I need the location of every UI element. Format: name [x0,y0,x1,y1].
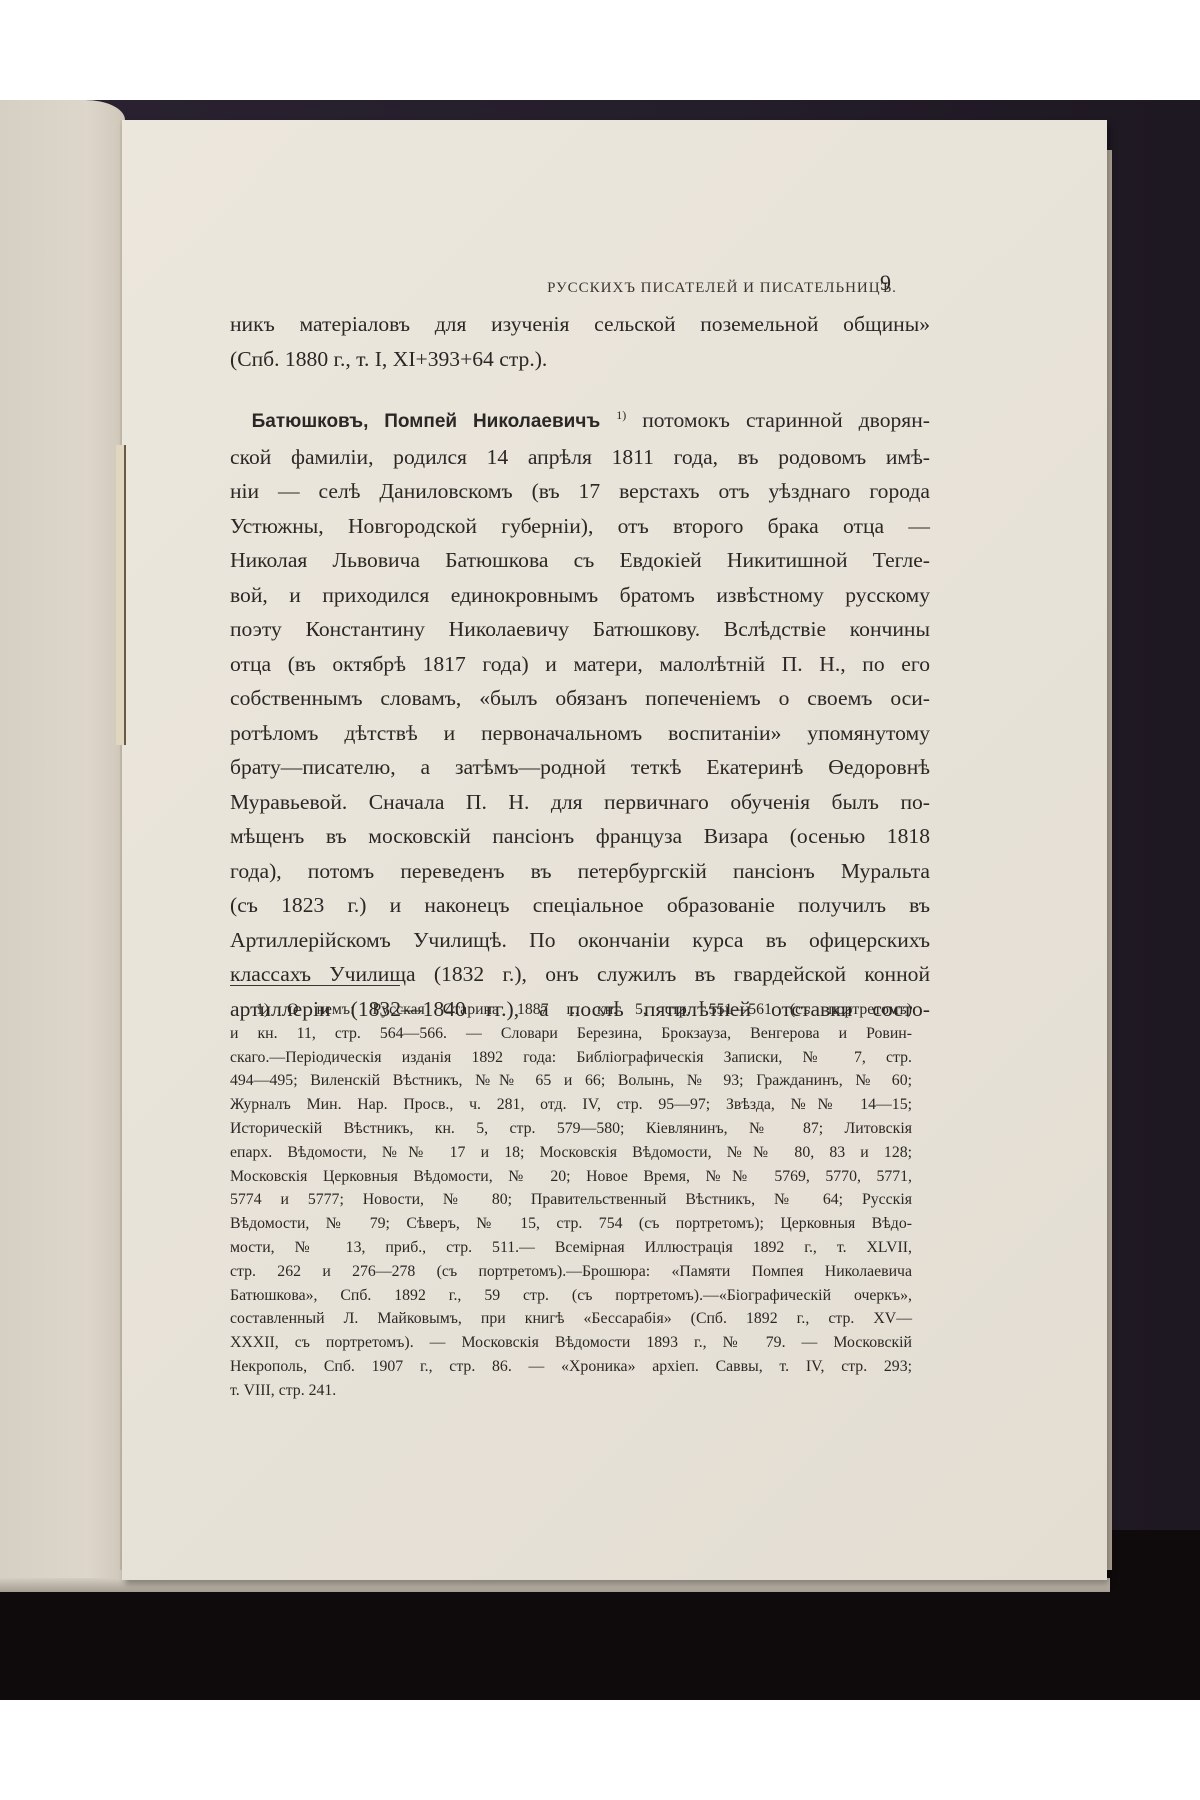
text-line: ніи — селѣ Даниловскомъ (въ 17 верстахъ … [230,474,930,509]
footnote-line: 494—495; Виленскій Вѣстникъ, №№ 65 и 66;… [230,1069,912,1093]
text-line: поэту Константину Николаевичу Батюшкову.… [230,612,930,647]
entry-heading: Батюшковъ, Помпей Николаевичъ [252,411,601,432]
text-line: (Спб. 1880 г., т. I, XI+393+64 стр.). [230,342,930,377]
text-line: (съ 1823 г.) и наконецъ спеціальное обра… [230,888,930,923]
footnote-line: и кн. 11, стр. 564—566. — Словари Берези… [230,1022,912,1046]
footnote-line: Вѣдомости, № 79; Сѣверъ, № 15, стр. 754 … [230,1212,912,1236]
footnote-line: Некрополь, Спб. 1907 г., стр. 86. — «Хро… [230,1355,912,1379]
text-line: года), потомъ переведенъ въ петербургскі… [230,854,930,889]
footnote-line: стр. 262 и 276—278 (съ портретомъ).—Брош… [230,1260,912,1284]
footnote-reference: 1) [616,408,626,422]
footnote-rule [230,985,400,986]
footnote-line: Журналъ Мин. Нар. Просв., ч. 281, отд. I… [230,1093,912,1117]
footnote-line: т. VIII, стр. 241. [230,1379,912,1403]
text-line: потомокъ старинной дворян- [642,408,930,432]
footnote-line: Московскія Церковныя Вѣдомости, № 20; Но… [230,1165,912,1189]
text-line: вой, и приходился единокровнымъ братомъ … [230,578,930,613]
running-head: РУССКИХЪ ПИСАТЕЛЕЙ И ПИСАТЕЛЬНИЦЪ. [392,280,1052,297]
footnote-line: XXXII, съ портретомъ). — Московскія Вѣдо… [230,1331,912,1355]
text-line: собственнымъ словамъ, «былъ обязанъ попе… [230,681,930,716]
text-line: Муравьевой. Сначала П. Н. для первичнаго… [230,785,930,820]
book-photo: РУССКИХЪ ПИСАТЕЛЕЙ И ПИСАТЕЛЬНИЦЪ. 9 ник… [0,100,1200,1700]
entry-first-line: Батюшковъ, Помпей Николаевичъ 1) потомок… [230,398,930,440]
footnote-line: Историческій Вѣстникъ, кн. 5, стр. 579—5… [230,1117,912,1141]
text-line: Устюжны, Новгородской губерніи), отъ вто… [230,509,930,544]
text-line: отца (въ октябрѣ 1817 года) и матери, ма… [230,647,930,682]
footnote-line: мости, № 13, приб., стр. 511.— Всемірная… [230,1236,912,1260]
text-line: никъ матеріаловъ для изученія сельской п… [230,307,930,342]
footnote-line: составленный Л. Майковымъ, при книгѣ «Бе… [230,1307,912,1331]
spine-tab [116,445,126,745]
text-line: Николая Львовича Батюшкова съ Евдокіей Н… [230,543,930,578]
text-line: классахъ Училища (1832 г.), онъ служилъ … [230,957,930,992]
text-line: ротѣломъ дѣтствѣ и первоначальномъ воспи… [230,716,930,751]
main-text: никъ матеріаловъ для изученія сельской п… [230,307,930,1026]
footnote-line: 5774 и 5777; Новости, № 80; Правительств… [230,1188,912,1212]
left-page [0,100,125,1580]
text-line: брату—писателю, а затѣмъ—родной теткѣ Ек… [230,750,930,785]
text-line: Артиллерійскомъ Училищѣ. По окончаніи ку… [230,923,930,958]
text-line: мѣщенъ въ московскій пансіонъ француза В… [230,819,930,854]
footnote-line: епарх. Вѣдомости, №№ 17 и 18; Московскія… [230,1141,912,1165]
footnote-line: скаго.—Періодическія изданія 1892 года: … [230,1046,912,1070]
footnote-line: Батюшкова», Спб. 1892 г., 59 стр. (съ по… [230,1284,912,1308]
page-edge-bottom [0,1578,1110,1592]
text-line: ской фамиліи, родился 14 апрѣля 1811 год… [230,440,930,475]
footnote: 1) О немъ: Русская Старина 1887 г., кн. … [230,998,912,1403]
right-page: РУССКИХЪ ПИСАТЕЛЕЙ И ПИСАТЕЛЬНИЦЪ. 9 ник… [122,120,1107,1580]
page-number: 9 [880,270,891,296]
footnote-line: 1) О немъ: Русская Старина 1887 г., кн. … [230,998,912,1022]
